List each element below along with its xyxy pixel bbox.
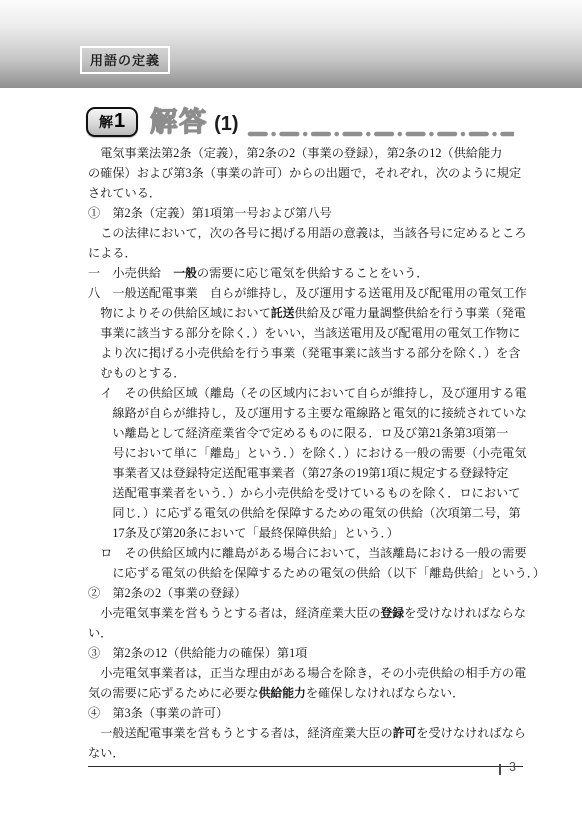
section-tag-label: 用語の定義 — [90, 53, 160, 68]
text-segment: ない． — [88, 746, 125, 760]
text-segment: より次に掲げる小売供給を行う事業（発電事業に該当する部分を除く．）を含 — [100, 346, 520, 360]
body-text: 電気事業法第2条（定義），第2条の2（事業の登録），第2条の12（供給能力の確保… — [88, 143, 518, 763]
footer-rule — [88, 766, 523, 767]
text-segment: 小売電気事業者は，正当な理由がある場合を除き，その小売供給の相手方の電 — [100, 666, 526, 680]
text-segment: を受けなければなら — [416, 726, 526, 740]
text-segment: 供給及び電力量調整供給を行う事業（発電 — [294, 306, 526, 320]
text-segment: 線路が自らが維持し，及び運用する主要な電線路と電気的に接続されていな — [112, 406, 526, 420]
text-line: ① 第2条（定義）第1項第一号および第八号 — [88, 203, 518, 223]
text-line: 17条及び第20条において「最終保障供給」という．） — [88, 523, 518, 543]
text-line: 物によりその供給区域において託送供給及び電力量調整供給を行う事業（発電 — [88, 303, 518, 323]
text-segment: による． — [88, 246, 137, 260]
text-segment: 号において単に「離島」という．）を除く．）における一般の需要（小売電気 — [112, 446, 526, 460]
text-segment: 事業者又は登録特定送配電事業者（第27条の19第1項に規定する登録特定 — [112, 466, 508, 480]
key-term: 許可 — [393, 726, 417, 740]
text-line: い． — [88, 623, 518, 643]
text-line: 気の需要に応ずるために必要な供給能力を確保しなければならない． — [88, 683, 518, 703]
key-term: 登録 — [381, 606, 405, 620]
text-line: 小売電気事業者は，正当な理由がある場合を除き，その小売供給の相手方の電 — [88, 663, 518, 683]
text-segment: ロ その供給区域内に離島がある場合において，当該離島における一般の需要 — [100, 546, 526, 560]
answer-badge-kanji: 解 — [99, 112, 113, 132]
text-line: されている． — [88, 183, 518, 203]
text-segment: を受けなければならな — [404, 606, 526, 620]
text-line: 一般送配電事業を営もうとする者は，経済産業大臣の許可を受けなければなら — [88, 723, 518, 743]
text-line: の確保）および第3条（事業の許可）からの出題で，それぞれ，次のように規定 — [88, 163, 518, 183]
key-term: 供給能力 — [259, 686, 306, 700]
page-number: 3 — [509, 760, 516, 774]
text-line: い離島として経済産業省令で定めるものに限る．ロ及び第21条第3項第一 — [88, 423, 518, 443]
key-term: 一般 — [173, 266, 197, 280]
text-segment: この法律において，次の各号に掲げる用語の意義は，当該各号に定めるところ — [100, 226, 526, 240]
text-segment: ② 第2条の2（事業の登録） — [88, 586, 246, 600]
text-line: 小売電気事業を営もうとする者は，経済産業大臣の登録を受けなければならな — [88, 603, 518, 623]
text-segment: イ その供給区域（離島（その区域内において自らが維持し，及び運用する電 — [100, 386, 527, 400]
text-segment: ④ 第3条（事業の許可） — [88, 706, 228, 720]
text-line: 送配電事業者をいう．）から小売供給を受けているものを除く．ロにおいて — [88, 483, 518, 503]
text-line: 同じ．）に応ずる電気の供給を保障するための電気の供給（次項第二号，第 — [88, 503, 518, 523]
text-segment: を確保しなければならない． — [306, 686, 464, 700]
text-segment: 八 一般送配電事業 自らが維持し，及び運用する送電用及び配電用の電気工作 — [88, 286, 527, 300]
section-tag: 用語の定義 — [80, 46, 170, 74]
key-term: 託送 — [271, 306, 295, 320]
text-segment: い離島として経済産業省令で定めるものに限る．ロ及び第21条第3項第一 — [112, 426, 508, 440]
text-segment: 電気事業法第2条（定義），第2条の2（事業の登録），第2条の12（供給能力 — [100, 146, 502, 160]
text-line: による． — [88, 243, 518, 263]
text-segment: 物によりその供給区域において — [100, 306, 271, 320]
text-segment: 気の需要に応ずるために必要な — [88, 686, 259, 700]
text-line: 電気事業法第2条（定義），第2条の2（事業の登録），第2条の12（供給能力 — [88, 143, 518, 163]
answer-badge: 解 1 — [86, 107, 138, 137]
text-line: ④ 第3条（事業の許可） — [88, 703, 518, 723]
text-line: 一 小売供給 一般の需要に応じ電気を供給することをいう． — [88, 263, 518, 283]
dot-dash-divider — [247, 131, 514, 137]
page-title: 解答 — [150, 109, 208, 136]
text-segment: 同じ．）に応ずる電気の供給を保障するための電気の供給（次項第二号，第 — [112, 506, 520, 520]
text-line: ない． — [88, 743, 518, 763]
page-title-number: (1) — [214, 110, 238, 134]
text-line: 線路が自らが維持し，及び運用する主要な電線路と電気的に接続されていな — [88, 403, 518, 423]
text-segment: されている． — [88, 186, 161, 200]
text-line: 事業に該当する部分を除く．）をいい，当該送電用及び配電用の電気工作物に — [88, 323, 518, 343]
text-segment: 送配電事業者をいう．）から小売供給を受けているものを除く．ロにおいて — [112, 486, 520, 500]
page-number-tick — [499, 764, 501, 775]
text-segment: い． — [88, 626, 112, 640]
text-segment: 一 小売供給 — [88, 266, 173, 280]
text-segment: 事業に該当する部分を除く．）をいい，当該送電用及び配電用の電気工作物に — [100, 326, 520, 340]
text-segment: の需要に応じ電気を供給することをいう． — [197, 266, 429, 280]
title-row: 解 1 解答 (1) — [86, 104, 514, 140]
text-segment: 17条及び第20条において「最終保障供給」という．） — [112, 526, 398, 540]
text-line: 事業者又は登録特定送配電事業者（第27条の19第1項に規定する登録特定 — [88, 463, 518, 483]
text-line: ロ その供給区域内に離島がある場合において，当該離島における一般の需要 — [88, 543, 518, 563]
text-segment: に応ずる電気の供給を保障するための電気の供給（以下「離島供給」という．） — [112, 566, 545, 580]
text-line: ③ 第2条の12（供給能力の確保）第1項 — [88, 643, 518, 663]
text-line: この法律において，次の各号に掲げる用語の意義は，当該各号に定めるところ — [88, 223, 518, 243]
text-segment: むものとする． — [100, 366, 185, 380]
text-segment: 小売電気事業を営もうとする者は，経済産業大臣の — [100, 606, 380, 620]
text-line: より次に掲げる小売供給を行う事業（発電事業に該当する部分を除く．）を含 — [88, 343, 518, 363]
text-segment: ③ 第2条の12（供給能力の確保）第1項 — [88, 646, 307, 660]
text-line: イ その供給区域（離島（その区域内において自らが維持し，及び運用する電 — [88, 383, 518, 403]
text-line: 号において単に「離島」という．）を除く．）における一般の需要（小売電気 — [88, 443, 518, 463]
text-line: 八 一般送配電事業 自らが維持し，及び運用する送電用及び配電用の電気工作 — [88, 283, 518, 303]
text-line: むものとする． — [88, 363, 518, 383]
text-line: に応ずる電気の供給を保障するための電気の供給（以下「離島供給」という．） — [88, 563, 518, 583]
text-line: ② 第2条の2（事業の登録） — [88, 583, 518, 603]
text-segment: ① 第2条（定義）第1項第一号および第八号 — [88, 206, 332, 220]
header-band: 用語の定義 — [0, 0, 582, 88]
text-segment: の確保）および第3条（事業の許可）からの出題で，それぞれ，次のように規定 — [88, 166, 521, 180]
answer-badge-number: 1 — [114, 111, 125, 131]
text-segment: 一般送配電事業を営もうとする者は，経済産業大臣の — [100, 726, 393, 740]
